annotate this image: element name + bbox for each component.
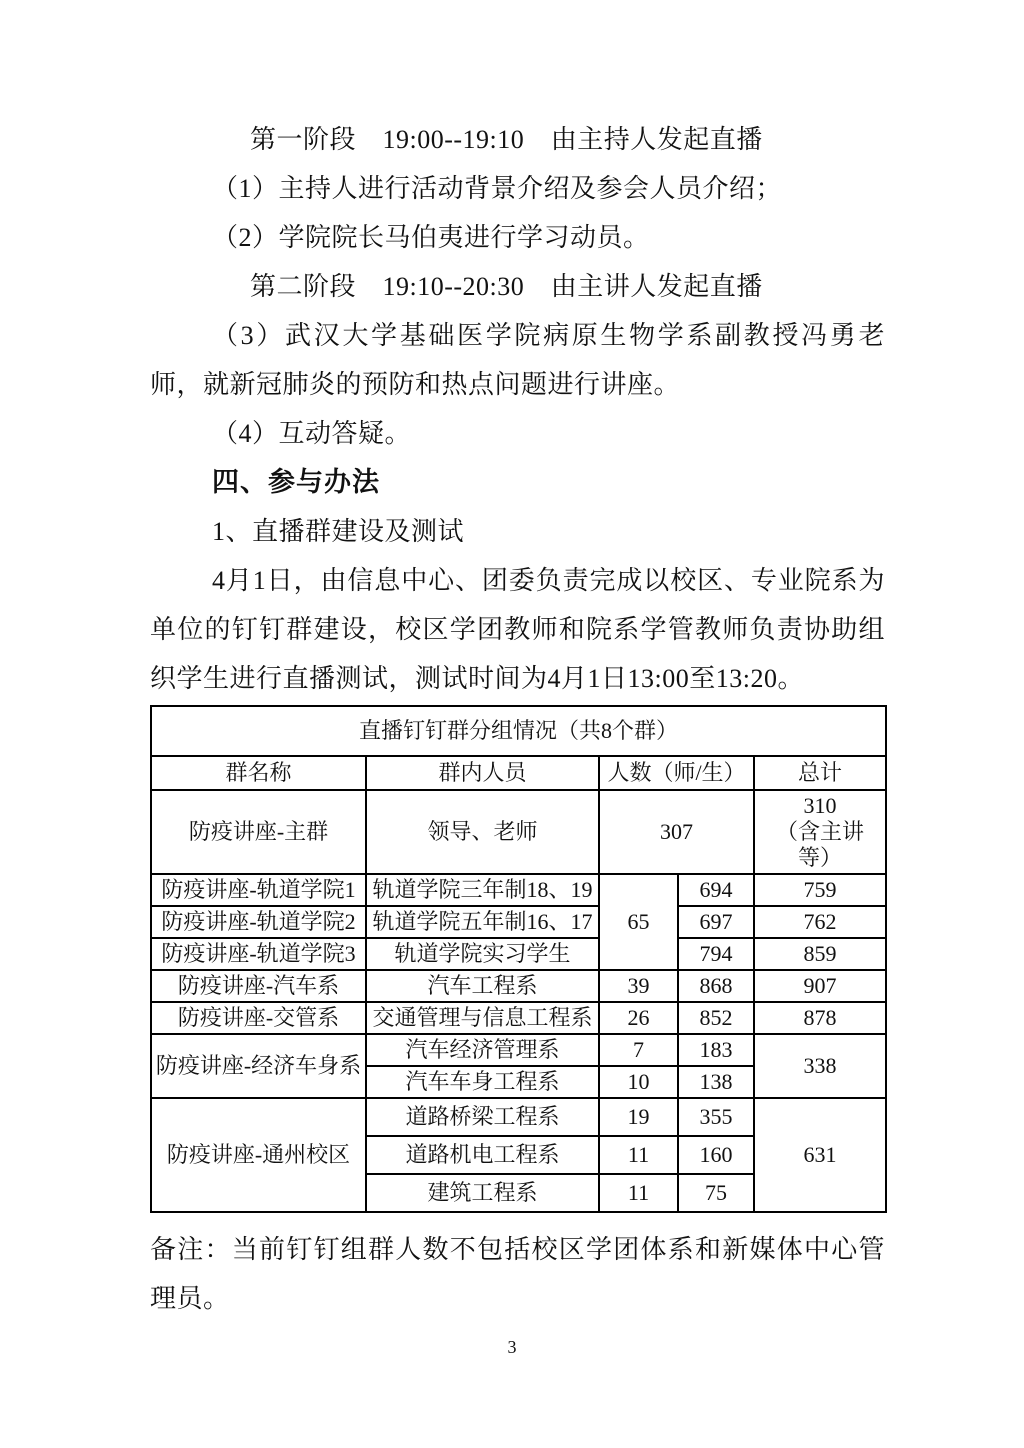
table-cell: 10 — [599, 1066, 678, 1098]
table-cell: 防疫讲座-经济车身系 — [151, 1034, 366, 1098]
table-cell: 领导、老师 — [366, 790, 599, 874]
header-group-name: 群名称 — [151, 756, 366, 790]
table-title: 直播钉钉群分组情况（共8个群） — [151, 706, 886, 756]
table-cell: 75 — [678, 1174, 754, 1212]
table-cell: 防疫讲座-轨道学院1 — [151, 874, 366, 906]
table-cell: 160 — [678, 1136, 754, 1174]
table-row: 防疫讲座-轨道学院2 轨道学院五年制16、17 697 762 — [151, 906, 886, 938]
header-count: 人数（师/生） — [599, 756, 754, 790]
list-item-1: （1）主持人进行活动背景介绍及参会人员介绍； — [150, 164, 885, 213]
table-row: 防疫讲座-交管系 交通管理与信息工程系 26 852 878 — [151, 1002, 886, 1034]
table-cell: 防疫讲座-交管系 — [151, 1002, 366, 1034]
list-item-3: （3）武汉大学基础医学院病原生物学系副教授冯勇老师，就新冠肺炎的预防和热点问题进… — [150, 311, 885, 409]
table-cell: 859 — [754, 938, 886, 970]
table-cell: 26 — [599, 1002, 678, 1034]
table-cell: 防疫讲座-主群 — [151, 790, 366, 874]
page-number: 3 — [0, 1335, 1024, 1359]
table-cell: 794 — [678, 938, 754, 970]
table-title-row: 直播钉钉群分组情况（共8个群） — [151, 706, 886, 756]
table-cell: 907 — [754, 970, 886, 1002]
table-row: 防疫讲座-轨道学院1 轨道学院三年制18、19 65 694 759 — [151, 874, 886, 906]
body-paragraph: 4月1日，由信息中心、团委负责完成以校区、专业院系为单位的钉钉群建设，校区学团教… — [150, 556, 885, 703]
table-cell: 汽车工程系 — [366, 970, 599, 1002]
table-cell: 310 （含主讲 等） — [754, 790, 886, 874]
table-cell: 轨道学院三年制18、19 — [366, 874, 599, 906]
table-cell: 建筑工程系 — [366, 1174, 599, 1212]
table-cell: 11 — [599, 1174, 678, 1212]
table-header-row: 群名称 群内人员 人数（师/生） 总计 — [151, 756, 886, 790]
table-cell: 868 — [678, 970, 754, 1002]
document-content: 第一阶段 19:00--19:10 由主持人发起直播 （1）主持人进行活动背景介… — [0, 0, 1024, 1323]
table-cell: 762 — [754, 906, 886, 938]
table-cell: 防疫讲座-汽车系 — [151, 970, 366, 1002]
table-cell: 631 — [754, 1098, 886, 1212]
table-cell: 汽车经济管理系 — [366, 1034, 599, 1066]
sub-item: 1、直播群建设及测试 — [150, 507, 885, 556]
table-cell: 338 — [754, 1034, 886, 1098]
table-cell: 697 — [678, 906, 754, 938]
header-total: 总计 — [754, 756, 886, 790]
table-cell: 11 — [599, 1136, 678, 1174]
table-cell: 汽车车身工程系 — [366, 1066, 599, 1098]
stage-line-2: 第二阶段 19:10--20:30 由主讲人发起直播 — [150, 262, 885, 311]
table-cell: 138 — [678, 1066, 754, 1098]
table-cell: 道路机电工程系 — [366, 1136, 599, 1174]
table-cell: 759 — [754, 874, 886, 906]
document-page: 第一阶段 19:00--19:10 由主持人发起直播 （1）主持人进行活动背景介… — [0, 0, 1024, 1448]
table-cell: 39 — [599, 970, 678, 1002]
table-row: 防疫讲座-主群 领导、老师 307 310 （含主讲 等） — [151, 790, 886, 874]
table-row: 防疫讲座-轨道学院3 轨道学院实习学生 794 859 — [151, 938, 886, 970]
stage-line-1: 第一阶段 19:00--19:10 由主持人发起直播 — [150, 115, 885, 164]
table-row: 防疫讲座-经济车身系 汽车经济管理系 7 183 338 — [151, 1034, 886, 1066]
table-cell: 355 — [678, 1098, 754, 1136]
group-table: 直播钉钉群分组情况（共8个群） 群名称 群内人员 人数（师/生） 总计 防疫讲座… — [150, 705, 887, 1213]
table-row: 防疫讲座-汽车系 汽车工程系 39 868 907 — [151, 970, 886, 1002]
table-cell: 852 — [678, 1002, 754, 1034]
header-members: 群内人员 — [366, 756, 599, 790]
table-cell: 307 — [599, 790, 754, 874]
table-cell: 19 — [599, 1098, 678, 1136]
table-cell: 轨道学院五年制16、17 — [366, 906, 599, 938]
list-item-4: （4）互动答疑。 — [150, 409, 885, 458]
table-cell: 65 — [599, 874, 678, 970]
section-heading: 四、参与办法 — [150, 458, 885, 507]
table-cell: 防疫讲座-轨道学院2 — [151, 906, 366, 938]
table-cell: 183 — [678, 1034, 754, 1066]
table-cell: 轨道学院实习学生 — [366, 938, 599, 970]
list-item-2: （2）学院院长马伯夷进行学习动员。 — [150, 213, 885, 262]
table-cell: 交通管理与信息工程系 — [366, 1002, 599, 1034]
table-cell: 道路桥梁工程系 — [366, 1098, 599, 1136]
table-cell: 防疫讲座-轨道学院3 — [151, 938, 366, 970]
table-cell: 防疫讲座-通州校区 — [151, 1098, 366, 1212]
table-cell: 7 — [599, 1034, 678, 1066]
table-cell: 694 — [678, 874, 754, 906]
table-row: 防疫讲座-通州校区 道路桥梁工程系 19 355 631 — [151, 1098, 886, 1136]
table-cell: 878 — [754, 1002, 886, 1034]
note-text: 备注：当前钉钉组群人数不包括校区学团体系和新媒体中心管理员。 — [150, 1225, 885, 1323]
note-section: 备注：当前钉钉组群人数不包括校区学团体系和新媒体中心管理员。 — [150, 1225, 885, 1323]
